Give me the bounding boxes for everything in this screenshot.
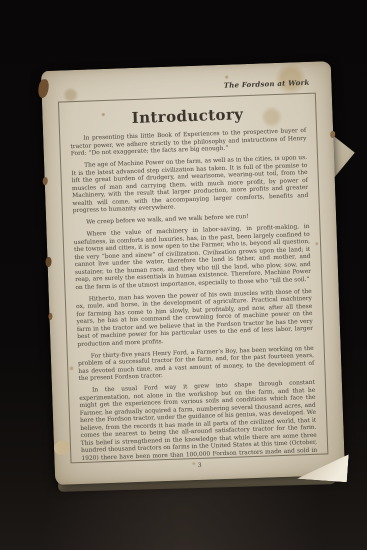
paragraph: Hitherto, man has woven the power of his… — [76, 288, 314, 349]
text-rule-frame: Introductory In presenting this little B… — [58, 93, 328, 464]
paragraph: For thirty-five years Henry Ford, a Farm… — [78, 345, 315, 383]
torn-edge-chip — [43, 177, 48, 185]
torn-edge-chip — [38, 79, 50, 99]
photo-of-booklet: The Fordson at Work Introductory In pres… — [0, 0, 367, 550]
running-header: The Fordson at Work — [224, 78, 310, 90]
paragraph: The age of Machine Power on the farm, as… — [71, 155, 309, 216]
torn-edge-chip — [45, 257, 51, 267]
paragraph: Where the value of machinery in labor-sa… — [74, 224, 312, 292]
paragraph: In presenting this little Book of Experi… — [70, 128, 307, 159]
body-text: In presenting this little Book of Experi… — [70, 128, 319, 463]
curled-corner — [297, 451, 349, 482]
page-title: Introductory — [69, 103, 305, 129]
paragraph: In the usual Ford way it grew into shape… — [79, 380, 318, 464]
torn-edge-chip — [48, 313, 52, 320]
booklet-page: The Fordson at Work Introductory In pres… — [41, 61, 345, 485]
torn-corner-chip — [53, 439, 72, 456]
